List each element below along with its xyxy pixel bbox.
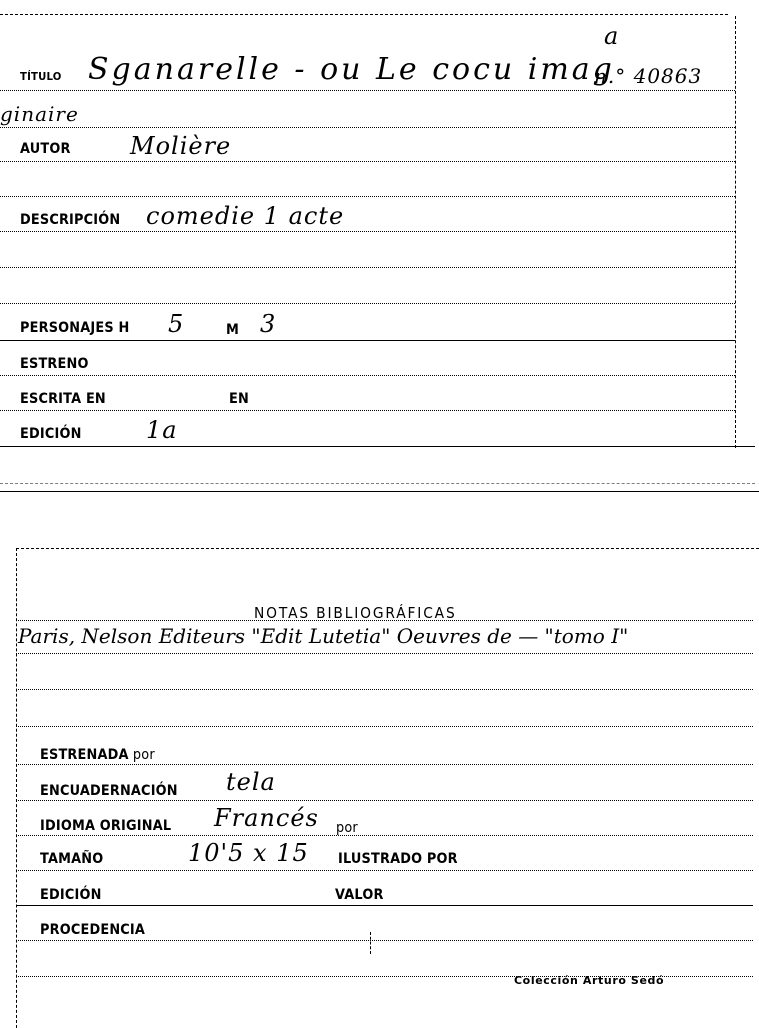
card-top-border <box>16 548 759 549</box>
escrita-en-line <box>0 410 735 411</box>
blank-line-2 <box>0 267 735 268</box>
personajes-m-value: 3 <box>260 310 276 338</box>
estrenada-label: ESTRENADA por <box>40 747 155 763</box>
card-bottom-edge <box>0 491 759 492</box>
encuadernacion-value: tela <box>226 768 276 796</box>
card-bottom-dash <box>0 483 755 484</box>
idioma-value: Francés <box>214 804 319 832</box>
autor-line <box>0 161 735 162</box>
titulo-line-2 <box>0 127 735 128</box>
procedencia-line <box>16 940 753 941</box>
edicion2-label: EDICIÓN <box>40 887 102 903</box>
notas-line-1 <box>16 620 753 621</box>
edicion-value: 1a <box>146 416 178 444</box>
catalog-suffix: a <box>604 22 619 50</box>
escrita-en-label: ESCRITA EN <box>20 391 106 407</box>
procedencia-label: PROCEDENCIA <box>40 922 145 938</box>
estrenada-line <box>16 764 753 765</box>
catalog-card-front: TÍTULO Sganarelle - ou Le cocu imag n.° … <box>0 0 759 500</box>
blank-line-1 <box>0 196 735 197</box>
escrita-en-en-label: EN <box>229 391 249 407</box>
titulo-continuation: ginaire <box>0 102 79 126</box>
estreno-line <box>0 375 735 376</box>
tamano-label: TAMAÑO <box>40 851 103 867</box>
catalog-card-back: NOTAS BIBLIOGRÁFICAS Paris, Nelson Edite… <box>0 540 759 1028</box>
notas-line-4 <box>16 726 753 727</box>
personajes-m-label: M <box>226 322 239 338</box>
collection-footer: Colección Arturo Sedó <box>514 974 664 987</box>
catalog-number: n.° 40863 <box>594 64 702 88</box>
ilustrado-label: ILUSTRADO POR <box>338 851 458 867</box>
descripcion-line <box>0 231 735 232</box>
notas-line-2 <box>16 653 753 654</box>
titulo-label: TÍTULO <box>20 70 62 83</box>
edicion-label: EDICIÓN <box>20 426 82 442</box>
blank-line-3 <box>0 303 735 304</box>
encuadernacion-label: ENCUADERNACIÓN <box>40 783 178 799</box>
card-top-border <box>0 14 728 15</box>
tamano-value: 10'5 x 15 <box>188 839 309 867</box>
edicion-line <box>0 446 755 447</box>
procedencia-tick <box>370 932 371 954</box>
idioma-line <box>16 835 753 836</box>
idioma-label: IDIOMA ORIGINAL <box>40 818 171 834</box>
estreno-label: ESTRENO <box>20 356 89 372</box>
notas-text: Paris, Nelson Editeurs "Edit Lutetia" Oe… <box>18 624 628 648</box>
descripcion-label: DESCRIPCIÓN <box>20 212 120 228</box>
personajes-line <box>0 340 735 341</box>
encuadernacion-line <box>16 800 753 801</box>
valor-label: VALOR <box>335 887 384 903</box>
descripcion-value: comedie 1 acte <box>146 202 344 230</box>
edicion2-line <box>16 905 753 906</box>
titulo-value: Sganarelle - ou Le cocu imag <box>88 52 615 87</box>
personajes-h-value: 5 <box>168 310 184 338</box>
notas-line-3 <box>16 689 753 690</box>
autor-label: AUTOR <box>20 141 71 157</box>
tamano-line <box>16 870 753 871</box>
autor-value: Molière <box>130 132 231 160</box>
personajes-label: PERSONAJES H <box>20 320 129 336</box>
card-right-border <box>735 16 736 448</box>
idioma-por-label: por <box>336 820 358 836</box>
titulo-line <box>0 90 735 91</box>
